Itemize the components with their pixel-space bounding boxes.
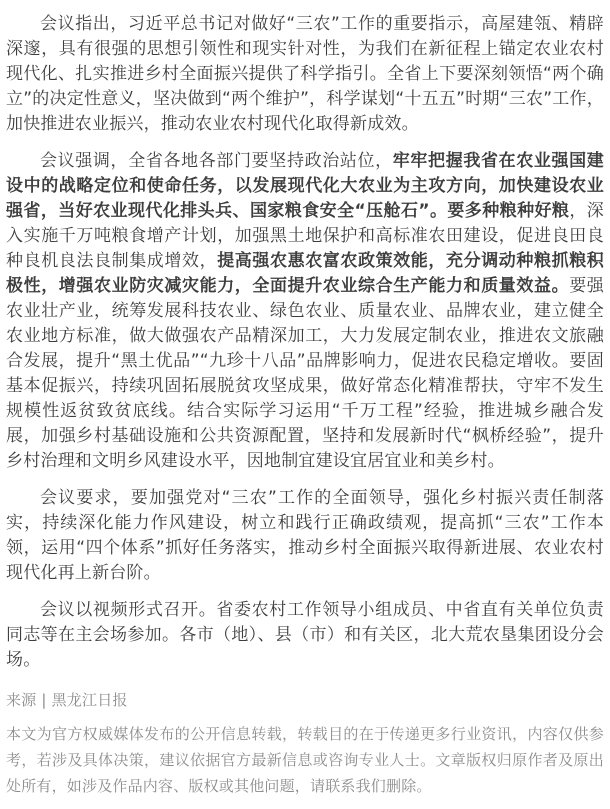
paragraph-segment: 会议以视频形式召开。省委农村工作领导小组成员、中省直有关单位负责同志等在主会场参… — [6, 600, 604, 670]
paragraph-segment: 会议要求，要加强党对“三农”工作的全面领导，强化乡村振兴责任制落实，持续深化能力… — [6, 488, 604, 583]
paragraph-segment: 要强农业壮产业，统筹发展科技农业、绿色农业、质量农业、品牌农业，建立健全农业地方… — [6, 276, 604, 471]
article-body: 会议指出，习近平总书记对做好“三农”工作的重要指示，高屋建瓴、精辟深邃，具有很强… — [6, 12, 604, 673]
disclaimer-text: 本文为官方权威媒体发布的公开信息转载，转载目的在于传递更多行业资讯，内容仅供参考… — [6, 721, 604, 799]
paragraph: 会议强调，全省各地各部门要坚持政治站位，牢牢把握我省在农业强国建设中的战略定位和… — [6, 149, 604, 474]
paragraph-segment: 会议强调，全省各地各部门要坚持政治站位， — [40, 151, 393, 171]
paragraph: 会议以视频形式召开。省委农村工作领导小组成员、中省直有关单位负责同志等在主会场参… — [6, 598, 604, 673]
paragraph: 会议要求，要加强党对“三农”工作的全面领导，强化乡村振兴责任制落实，持续深化能力… — [6, 486, 604, 586]
paragraph: 会议指出，习近平总书记对做好“三农”工作的重要指示，高屋建瓴、精辟深邃，具有很强… — [6, 12, 604, 137]
paragraph-segment: 会议指出，习近平总书记对做好“三农”工作的重要指示，高屋建瓴、精辟深邃，具有很强… — [6, 14, 604, 134]
article-page: 会议指出，习近平总书记对做好“三农”工作的重要指示，高屋建瓴、精辟深邃，具有很强… — [0, 0, 610, 809]
source-line: 来源 | 黑龙江日报 — [6, 689, 604, 711]
